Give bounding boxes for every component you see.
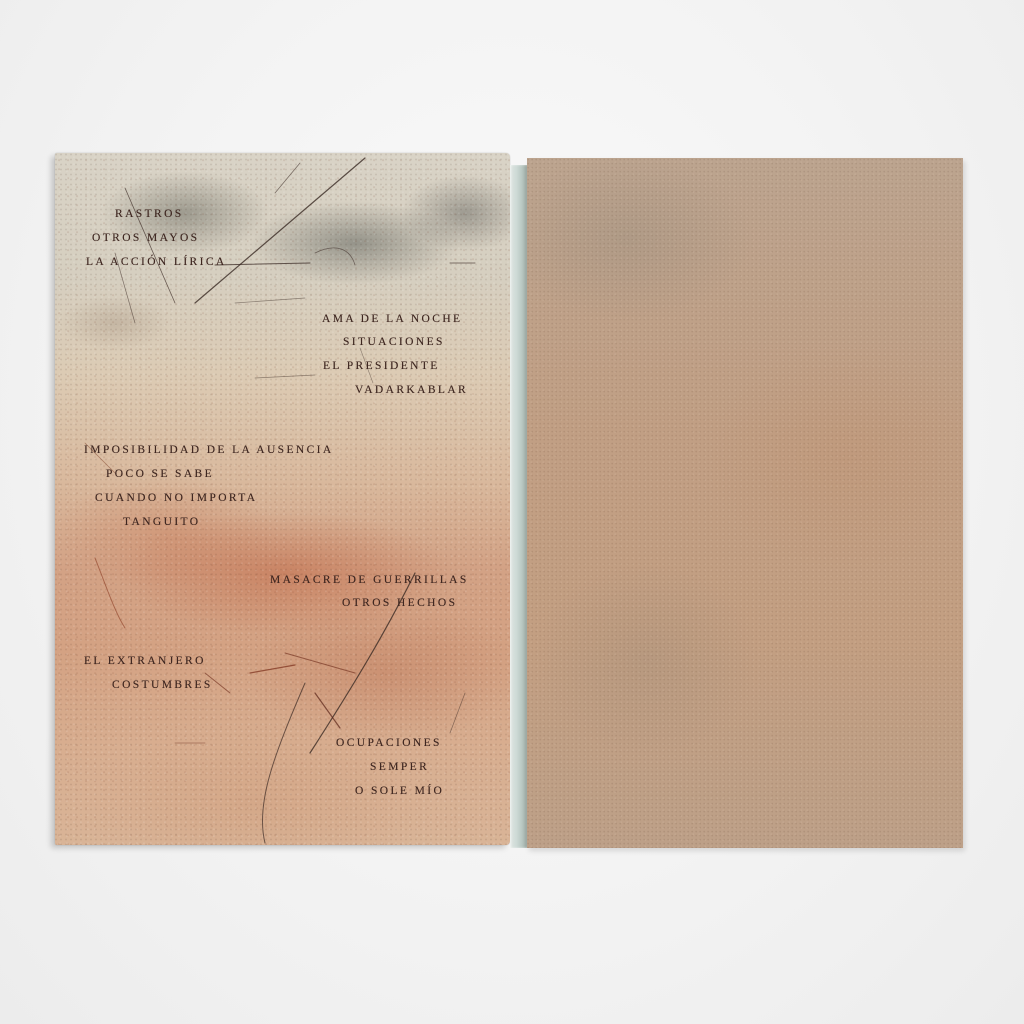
title-costumbres: COSTUMBRES xyxy=(112,679,213,691)
title-ama-de-la-noche: AMA DE LA NOCHE xyxy=(322,313,462,325)
title-poco-se-sabe: POCO SE SABE xyxy=(106,468,214,480)
title-otros-mayos: OTROS MAYOS xyxy=(92,232,199,244)
title-la-accion-lirica: LA ACCIÓN LÍRICA xyxy=(86,256,227,268)
title-imposibilidad-de-la-ausencia: IMPOSIBILIDAD DE LA AUSENCIA xyxy=(84,444,334,456)
title-ocupaciones: OCUPACIONES xyxy=(336,737,442,749)
suede-texture xyxy=(527,158,963,848)
right-page-suede xyxy=(527,158,963,848)
title-o-sole-mio: O SOLE MÍO xyxy=(355,785,444,797)
left-page-art-print: RASTROS OTROS MAYOS LA ACCIÓN LÍRICA AMA… xyxy=(55,153,510,845)
title-semper: SEMPER xyxy=(370,761,429,773)
titles-list: RASTROS OTROS MAYOS LA ACCIÓN LÍRICA AMA… xyxy=(55,153,510,845)
book-spine-gutter xyxy=(510,165,527,848)
title-el-extranjero: EL EXTRANJERO xyxy=(84,655,206,667)
title-el-presidente: EL PRESIDENTE xyxy=(323,360,440,372)
title-masacre-de-guerrillas: MASACRE DE GUERRILLAS xyxy=(270,574,469,586)
title-situaciones: SITUACIONES xyxy=(343,336,445,348)
title-tanguito: TANGUITO xyxy=(123,516,200,528)
title-otros-hechos: OTROS HECHOS xyxy=(342,597,457,609)
title-rastros: RASTROS xyxy=(115,208,184,220)
title-vadarkablar: VADARKABLAR xyxy=(355,384,468,396)
title-cuando-no-importa: CUANDO NO IMPORTA xyxy=(95,492,258,504)
